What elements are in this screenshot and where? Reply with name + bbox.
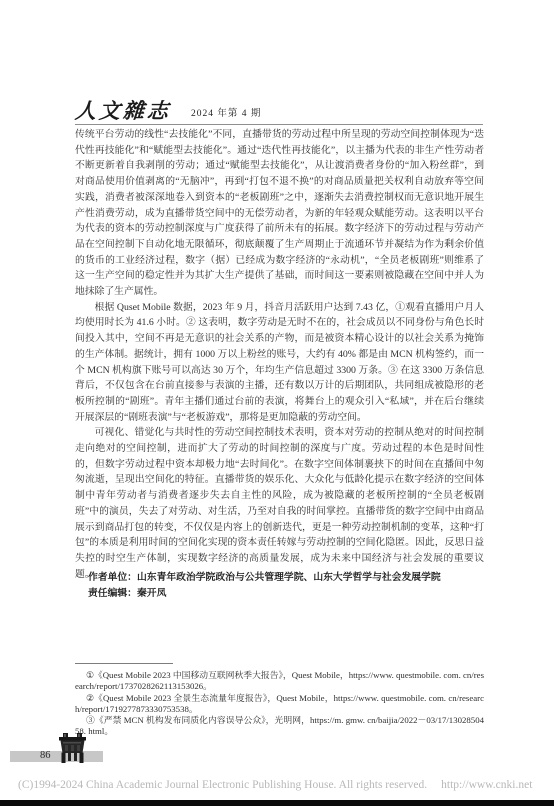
journal-header: 人文雜志 2024 年第 4 期 [75, 96, 483, 122]
article-paragraph-2: 根据 Quset Mobile 数据，2023 年 9 月，抖音月活跃用户达到 … [75, 300, 484, 426]
page-number: 86 [40, 750, 51, 762]
journal-title-calligraphy: 人文雜志 [74, 101, 171, 122]
article-paragraph-1: 传统平台劳动的线性“去技能化”不同，直播带货的劳动过程中所呈现的劳动空间控制体现… [75, 127, 484, 300]
bottom-black-bar [0, 800, 554, 806]
article-body: 传统平台劳动的线性“去技能化”不同，直播带货的劳动过程中所呈现的劳动空间控制体现… [75, 127, 484, 582]
copyright-footer: (C)1994-2024 China Academic Journal Elec… [18, 779, 548, 791]
header-divider-line [75, 124, 483, 125]
footnote-3: ③《严禁 MCN 机构发布同质化内容误导公众》，光明网，https://m. g… [75, 715, 484, 738]
copyright-text: (C)1994-2024 China Academic Journal Elec… [18, 779, 427, 791]
responsible-editor: 责任编辑：秦开凤 [75, 586, 484, 602]
footnotes-block: ①《Quest Mobile 2023 中国移动互联网秋季大报告》，Quest … [75, 670, 484, 738]
journal-issue-label: 2024 年第 4 期 [191, 105, 261, 122]
journal-scan-page: 人文雜志 2024 年第 4 期 传统平台劳动的线性“去技能化”不同，直播带货的… [0, 0, 554, 806]
footnote-2: ②《Quest Mobile 2023 全景生态流量年度报告》，Quest Mo… [75, 693, 484, 716]
footnote-divider-line [75, 663, 173, 664]
cnki-url: http://www.cnki.net [441, 779, 532, 791]
article-paragraph-3: 可视化、错觉化与共时性的劳动空间控制技术表明，资本对劳动的控制从绝对的时间控制走… [75, 425, 484, 582]
bronze-ding-vessel-icon [56, 733, 89, 764]
author-affiliation: 作者单位：山东青年政治学院政治与公共管理学院、山东大学哲学与社会发展学院 [75, 570, 484, 586]
footnote-1: ①《Quest Mobile 2023 中国移动互联网秋季大报告》，Quest … [75, 670, 484, 693]
author-info-block: 作者单位：山东青年政治学院政治与公共管理学院、山东大学哲学与社会发展学院 责任编… [75, 570, 484, 601]
